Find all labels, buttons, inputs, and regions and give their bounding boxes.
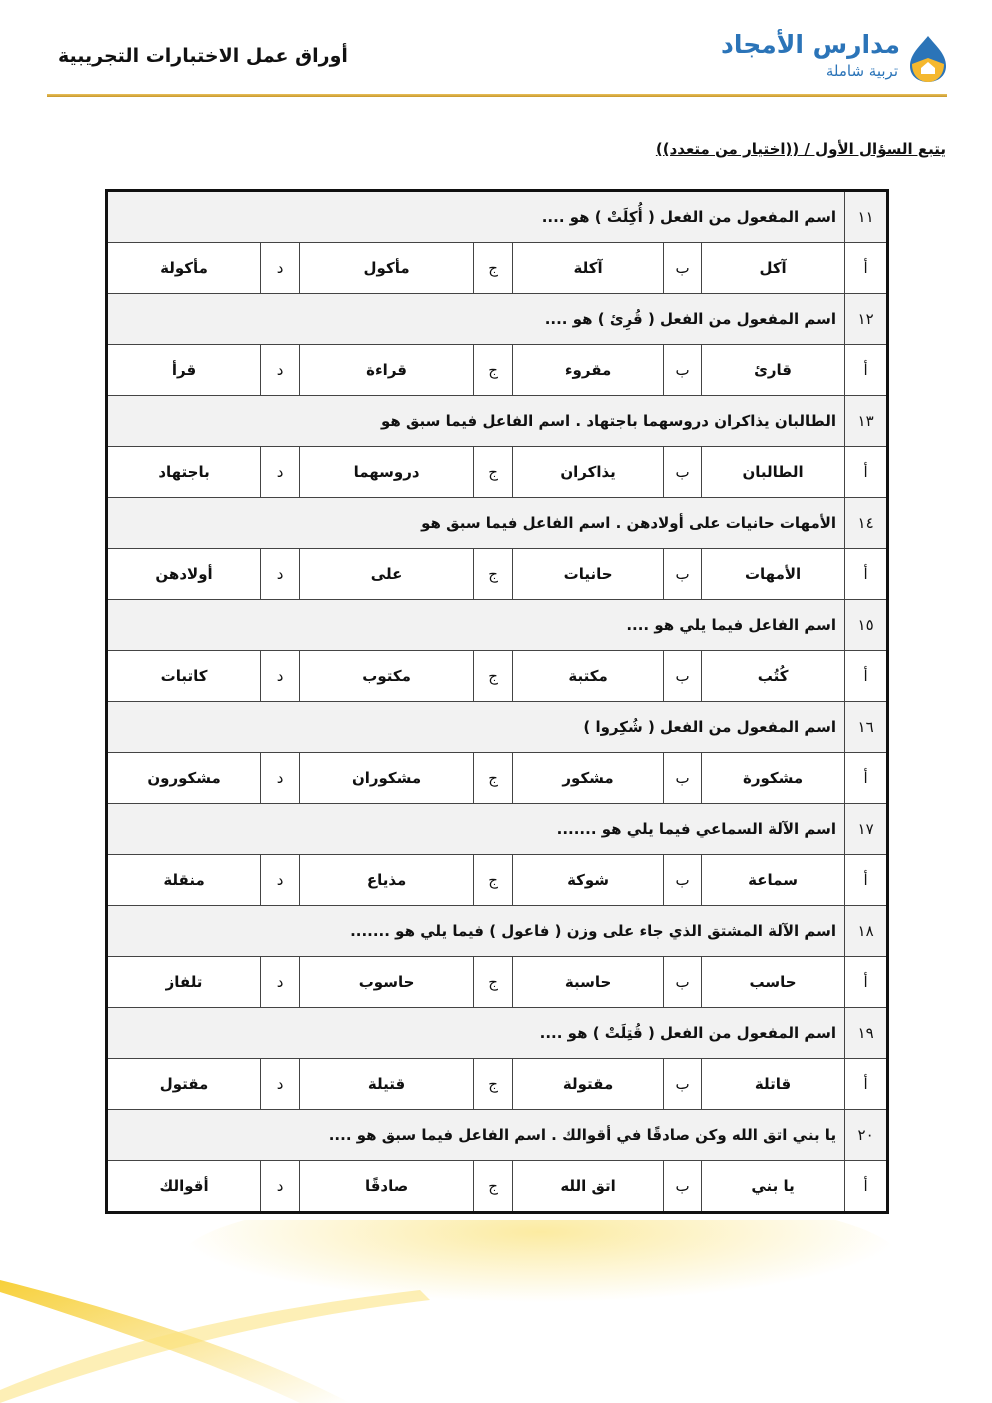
option-d[interactable]: كاتبات	[107, 651, 261, 702]
option-b[interactable]: شوكة	[513, 855, 664, 906]
option-b[interactable]: يذاكران	[513, 447, 664, 498]
option-c[interactable]: مأكول	[300, 243, 474, 294]
option-a[interactable]: قاتلة	[702, 1059, 845, 1110]
option-letter-b: ب	[664, 651, 702, 702]
option-letter-a: أ	[845, 1161, 888, 1213]
option-c[interactable]: مذياع	[300, 855, 474, 906]
answer-options-row: أالطالبانبيذاكرانجدروسهمادباجتهاد	[107, 447, 888, 498]
question-number: ١٨	[845, 906, 888, 957]
question-number: ١٤	[845, 498, 888, 549]
answer-options-row: أقارئبمقروءجقراءةدقرأ	[107, 345, 888, 396]
question-number: ١١	[845, 191, 888, 243]
option-letter-b: ب	[664, 855, 702, 906]
option-b[interactable]: مقروء	[513, 345, 664, 396]
option-letter-a: أ	[845, 1059, 888, 1110]
question-row: ١٦اسم المفعول من الفعل ( شُكِروا )	[107, 702, 888, 753]
option-c[interactable]: صادقًا	[300, 1161, 474, 1213]
question-text: يا بني اتق الله وكن صادقًا في أقوالك . ا…	[107, 1110, 845, 1161]
option-letter-d: د	[261, 1161, 300, 1213]
option-letter-c: ج	[474, 345, 513, 396]
option-b[interactable]: حاسبة	[513, 957, 664, 1008]
option-letter-d: د	[261, 957, 300, 1008]
option-c[interactable]: دروسهما	[300, 447, 474, 498]
option-c[interactable]: قتيلة	[300, 1059, 474, 1110]
option-d[interactable]: قرأ	[107, 345, 261, 396]
option-d[interactable]: باجتهاد	[107, 447, 261, 498]
option-letter-b: ب	[664, 753, 702, 804]
question-text: اسم الآلة المشتق الذي جاء على وزن ( فاعو…	[107, 906, 845, 957]
option-letter-b: ب	[664, 1059, 702, 1110]
option-a[interactable]: الطالبان	[702, 447, 845, 498]
question-text: اسم المفعول من الفعل ( أُكِلَتْ ) هو ...…	[107, 191, 845, 243]
answer-options-row: أكُتُببمكتبةجمكتوبدكاتبات	[107, 651, 888, 702]
question-number: ١٥	[845, 600, 888, 651]
option-d[interactable]: مشكورون	[107, 753, 261, 804]
option-a[interactable]: حاسب	[702, 957, 845, 1008]
option-c[interactable]: على	[300, 549, 474, 600]
option-b[interactable]: مقتولة	[513, 1059, 664, 1110]
school-name: مدارس الأمجاد	[721, 30, 900, 59]
option-a[interactable]: قارئ	[702, 345, 845, 396]
option-letter-a: أ	[845, 243, 888, 294]
option-d[interactable]: تلفاز	[107, 957, 261, 1008]
answer-options-row: أقاتلةبمقتولةجقتيلةدمقتول	[107, 1059, 888, 1110]
option-letter-b: ب	[664, 447, 702, 498]
document-title: أوراق عمل الاختبارات التجريبية	[58, 45, 348, 67]
question-row: ١٤الأمهات حانيات على أولادهن . اسم الفاع…	[107, 498, 888, 549]
question-text: اسم المفعول من الفعل ( قُرِئ ) هو ....	[107, 294, 845, 345]
option-letter-a: أ	[845, 957, 888, 1008]
option-letter-d: د	[261, 651, 300, 702]
option-letter-d: د	[261, 345, 300, 396]
option-a[interactable]: يا بني	[702, 1161, 845, 1213]
school-tagline: تربية شاملة	[826, 62, 898, 80]
option-c[interactable]: مشكوران	[300, 753, 474, 804]
question-row: ١٥اسم الفاعل فيما يلي هو ....	[107, 600, 888, 651]
answer-options-row: أيا بنيباتق اللهجصادقًادأقوالك	[107, 1161, 888, 1213]
answer-options-row: أسماعةبشوكةجمذياعدمنقلة	[107, 855, 888, 906]
question-text: الطالبان يذاكران دروسهما باجتهاد . اسم ا…	[107, 396, 845, 447]
option-letter-c: ج	[474, 549, 513, 600]
option-letter-d: د	[261, 753, 300, 804]
option-b[interactable]: آكلة	[513, 243, 664, 294]
option-letter-a: أ	[845, 753, 888, 804]
option-letter-c: ج	[474, 243, 513, 294]
option-a[interactable]: مشكورة	[702, 753, 845, 804]
question-text: اسم الفاعل فيما يلي هو ....	[107, 600, 845, 651]
option-letter-b: ب	[664, 345, 702, 396]
question-text: اسم الآلة السماعي فيما يلي هو .......	[107, 804, 845, 855]
answer-options-row: أالأمهاتبحانياتجعلىدأولادهن	[107, 549, 888, 600]
option-letter-a: أ	[845, 345, 888, 396]
question-row: ١١اسم المفعول من الفعل ( أُكِلَتْ ) هو .…	[107, 191, 888, 243]
question-text: اسم المفعول من الفعل ( شُكِروا )	[107, 702, 845, 753]
question-text: الأمهات حانيات على أولادهن . اسم الفاعل …	[107, 498, 845, 549]
option-d[interactable]: مقتول	[107, 1059, 261, 1110]
question-row: ١٩اسم المفعول من الفعل ( قُتِلَتْ ) هو .…	[107, 1008, 888, 1059]
option-letter-a: أ	[845, 651, 888, 702]
decorative-light-swoosh	[0, 1220, 992, 1403]
option-letter-d: د	[261, 243, 300, 294]
question-number: ٢٠	[845, 1110, 888, 1161]
option-letter-c: ج	[474, 1059, 513, 1110]
answer-options-row: أحاسببحاسبةجحاسوبدتلفاز	[107, 957, 888, 1008]
option-letter-b: ب	[664, 549, 702, 600]
option-a[interactable]: كُتُب	[702, 651, 845, 702]
option-letter-c: ج	[474, 855, 513, 906]
option-letter-c: ج	[474, 447, 513, 498]
option-letter-b: ب	[664, 1161, 702, 1213]
option-b[interactable]: حانيات	[513, 549, 664, 600]
question-row: ١٣الطالبان يذاكران دروسهما باجتهاد . اسم…	[107, 396, 888, 447]
school-logo-icon	[908, 34, 948, 84]
question-row: ١٨اسم الآلة المشتق الذي جاء على وزن ( فا…	[107, 906, 888, 957]
question-row: ١٢اسم المفعول من الفعل ( قُرِئ ) هو ....	[107, 294, 888, 345]
option-letter-c: ج	[474, 651, 513, 702]
option-a[interactable]: آكل	[702, 243, 845, 294]
option-letter-c: ج	[474, 753, 513, 804]
question-row: ٢٠يا بني اتق الله وكن صادقًا في أقوالك .…	[107, 1110, 888, 1161]
option-letter-d: د	[261, 447, 300, 498]
answer-options-row: أمشكورةبمشكورجمشكوراندمشكورون	[107, 753, 888, 804]
option-letter-c: ج	[474, 957, 513, 1008]
option-letter-b: ب	[664, 243, 702, 294]
option-letter-d: د	[261, 855, 300, 906]
option-letter-a: أ	[845, 447, 888, 498]
option-a[interactable]: الأمهات	[702, 549, 845, 600]
option-c[interactable]: مكتوب	[300, 651, 474, 702]
questions-table: ١١اسم المفعول من الفعل ( أُكِلَتْ ) هو .…	[105, 189, 889, 1214]
question-row: ١٧اسم الآلة السماعي فيما يلي هو .......	[107, 804, 888, 855]
section-title: يتبع السؤال الأول / ((اختيار من متعدد))	[656, 140, 946, 158]
question-text: اسم المفعول من الفعل ( قُتِلَتْ ) هو ...…	[107, 1008, 845, 1059]
option-a[interactable]: سماعة	[702, 855, 845, 906]
option-c[interactable]: قراءة	[300, 345, 474, 396]
question-number: ١٧	[845, 804, 888, 855]
option-d[interactable]: منقلة	[107, 855, 261, 906]
school-logo: مدارس الأمجاد تربية شاملة	[728, 30, 948, 86]
question-number: ١٢	[845, 294, 888, 345]
option-letter-b: ب	[664, 957, 702, 1008]
option-letter-a: أ	[845, 855, 888, 906]
option-letter-a: أ	[845, 549, 888, 600]
option-d[interactable]: أقوالك	[107, 1161, 261, 1213]
question-number: ١٦	[845, 702, 888, 753]
option-b[interactable]: اتق الله	[513, 1161, 664, 1213]
question-number: ١٩	[845, 1008, 888, 1059]
option-b[interactable]: مشكور	[513, 753, 664, 804]
option-d[interactable]: مأكولة	[107, 243, 261, 294]
option-b[interactable]: مكتبة	[513, 651, 664, 702]
option-letter-d: د	[261, 549, 300, 600]
answer-options-row: أآكلبآكلةجمأكولدمأكولة	[107, 243, 888, 294]
option-letter-c: ج	[474, 1161, 513, 1213]
option-letter-d: د	[261, 1059, 300, 1110]
question-number: ١٣	[845, 396, 888, 447]
option-c[interactable]: حاسوب	[300, 957, 474, 1008]
header-divider	[47, 94, 947, 97]
page-header: مدارس الأمجاد تربية شاملة أوراق عمل الاخ…	[0, 0, 992, 100]
option-d[interactable]: أولادهن	[107, 549, 261, 600]
